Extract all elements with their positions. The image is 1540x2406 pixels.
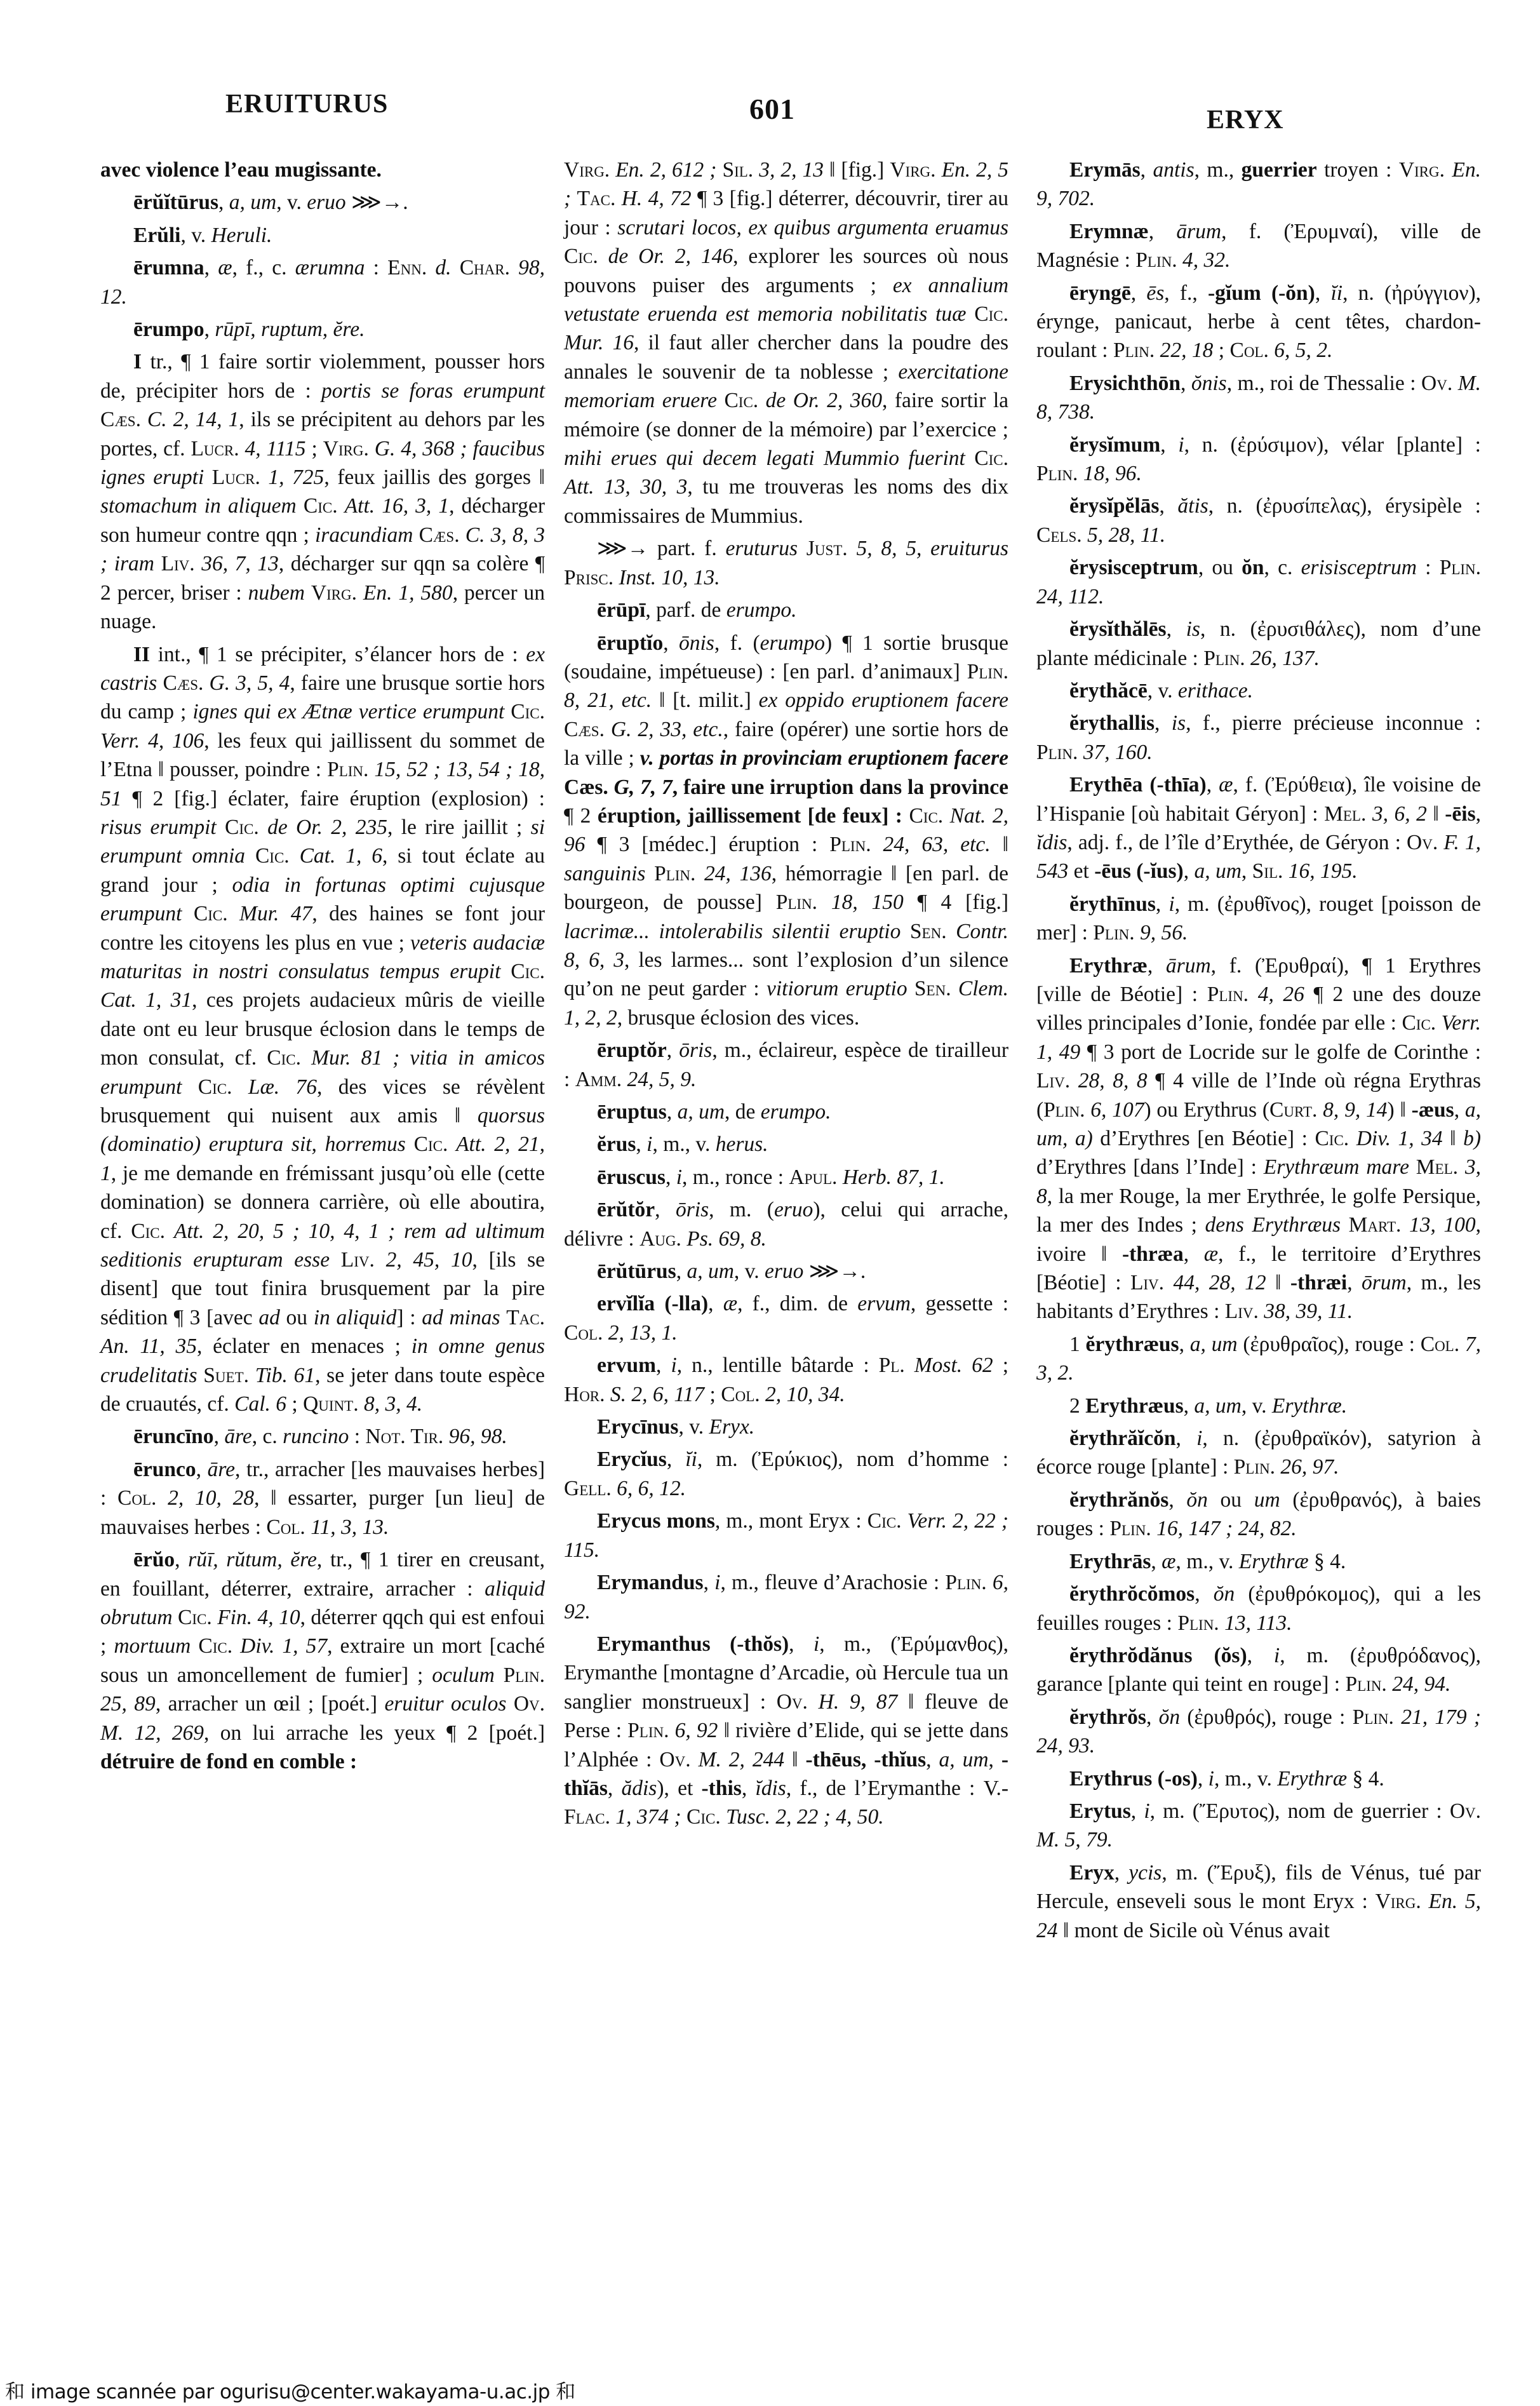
column-2: Virg. En. 2, 612 ; Sil. 3, 2, 13 ‖ [fig.… bbox=[564, 156, 1008, 1836]
dictionary-entry: ervum, i, n., lentille bâtarde : Pl. Mos… bbox=[564, 1351, 1008, 1409]
dictionary-entry: ĕrythallis, is, f., pierre précieuse inc… bbox=[1036, 709, 1481, 767]
dictionary-entry: ēruncīno, āre, c. runcino : Not. Tir. 96… bbox=[100, 1422, 545, 1451]
dictionary-entry: ĕrythrŏcŏmos, ŏn (ἐρυθρόκομος), qui a le… bbox=[1036, 1580, 1481, 1637]
dictionary-entry: ēruptus, a, um, de erumpo. bbox=[564, 1098, 1008, 1126]
dictionary-entry: ēruptŏr, ōris, m., éclaireur, espèce de … bbox=[564, 1036, 1008, 1094]
dictionary-entry: Erythræ, ārum, f. (Ἐρυθραί), ¶ 1 Erythre… bbox=[1036, 951, 1481, 1326]
dictionary-entry: Erythēa (-thīa), æ, f. (Ἐρύθεια), île vo… bbox=[1036, 770, 1481, 886]
dictionary-entry: Erycus mons, m., mont Eryx : Cic. Verr. … bbox=[564, 1507, 1008, 1564]
dictionary-entry: avec violence l’eau mugissante. bbox=[100, 156, 545, 184]
dictionary-entry: ĕrythăcē, v. erithace. bbox=[1036, 676, 1481, 705]
dictionary-entry: ⋙→ part. f. eruturus Just. 5, 8, 5, erui… bbox=[564, 534, 1008, 592]
dictionary-entry: ĕrythīnus, i, m. (ἐρυθῖνος), rouget [poi… bbox=[1036, 890, 1481, 948]
dictionary-entry: ĕrysisceptrum, ou ŏn, c. erisisceptrum :… bbox=[1036, 553, 1481, 611]
dictionary-entry: Erymās, antis, m., guerrier troyen : Vir… bbox=[1036, 156, 1481, 213]
dictionary-entry: Virg. En. 2, 612 ; Sil. 3, 2, 13 ‖ [fig.… bbox=[564, 156, 1008, 530]
page-number: 601 bbox=[749, 92, 795, 126]
dictionary-entry: ērumna, æ, f., c. ærumna : Enn. d. Char.… bbox=[100, 253, 545, 311]
dictionary-entry: Erymnæ, ārum, f. (Ἐρυμναί), ville de Mag… bbox=[1036, 217, 1481, 275]
dictionary-entry: Erymandus, i, m., fleuve d’Arachosie : P… bbox=[564, 1568, 1008, 1626]
dictionary-entry: ĕrysĭmum, i, n. (ἐρύσιμον), vélar [plant… bbox=[1036, 431, 1481, 488]
left-guide-word: ERUITURUS bbox=[225, 89, 388, 119]
dictionary-entry: 2 Erythræus, a, um, v. Erythræ. bbox=[1036, 1392, 1481, 1420]
dictionary-entry: ērŭo, rŭī, rŭtum, ĕre, tr., ¶ 1 tirer en… bbox=[100, 1545, 545, 1776]
page-header: ERUITURUS 601 ERYX bbox=[0, 89, 1540, 146]
column-3: Erymās, antis, m., guerrier troyen : Vir… bbox=[1036, 156, 1481, 1949]
dictionary-entry: ēruscus, i, m., ronce : Apul. Herb. 87, … bbox=[564, 1163, 1008, 1192]
column-1: avec violence l’eau mugissante.ērŭĭtūrus… bbox=[100, 156, 545, 1780]
dictionary-entry: I tr., ¶ 1 faire sortir violemment, pous… bbox=[100, 347, 545, 636]
dictionary-entry: ēruptĭo, ōnis, f. (erumpo) ¶ 1 sortie br… bbox=[564, 629, 1008, 1033]
dictionary-entry: ērumpo, rūpī, ruptum, ĕre. bbox=[100, 315, 545, 344]
dictionary-entry: Erytus, i, m. (Ἔρυτος), nom de guerrier … bbox=[1036, 1797, 1481, 1855]
dictionary-entry: Erythrās, æ, m., v. Erythræ § 4. bbox=[1036, 1547, 1481, 1576]
dictionary-entry: ĕrythrănŏs, ŏn ou um (ἐρυθρανός), à baie… bbox=[1036, 1486, 1481, 1543]
dictionary-entry: ērunco, āre, tr., arracher [les mauvaise… bbox=[100, 1455, 545, 1542]
dictionary-entry: ēryngē, ēs, f., -gĭum (-ŏn), ĭi, n. (ἠρύ… bbox=[1036, 279, 1481, 365]
dictionary-entry: Erycĭus, ĭi, m. (Ἐρύκιος), nom d’homme :… bbox=[564, 1445, 1008, 1503]
dictionary-entry: ĕrythrŏdănus (ŏs), i, m. (ἐρυθρόδανος), … bbox=[1036, 1641, 1481, 1699]
right-guide-word: ERYX bbox=[1207, 105, 1284, 135]
dictionary-entry: Eryx, ycis, m. (Ἔρυξ), fils de Vénus, tu… bbox=[1036, 1858, 1481, 1945]
dictionary-entry: Erysichthōn, ŏnis, m., roi de Thessalie … bbox=[1036, 369, 1481, 427]
dictionary-entry: Erŭli, v. Heruli. bbox=[100, 221, 545, 250]
dictionary-entry: ērŭtŏr, ōris, m. (eruo), celui qui arrac… bbox=[564, 1195, 1008, 1253]
scan-credit: 和 image scannée par ogurisu@center.wakay… bbox=[5, 2376, 575, 2404]
dictionary-entry: ervĭlĭa (-lla), æ, f., dim. de ervum, ge… bbox=[564, 1289, 1008, 1347]
dictionary-entry: 1 ĕrythræus, a, um (ἐρυθραῖος), rouge : … bbox=[1036, 1330, 1481, 1388]
dictionary-entry: ĕrysĭpĕlās, ătis, n. (ἐρυσίπελας), érysi… bbox=[1036, 492, 1481, 549]
dictionary-entry: Erymanthus (-thŏs), i, m., (Ἐρύμανθος), … bbox=[564, 1630, 1008, 1832]
dictionary-entry: ĕrythrăĭcŏn, i, n. (ἐρυθραϊκόν), satyrio… bbox=[1036, 1424, 1481, 1482]
dictionary-entry: ĕrus, i, m., v. herus. bbox=[564, 1130, 1008, 1159]
dictionary-entry: II int., ¶ 1 se précipiter, s’élancer ho… bbox=[100, 640, 545, 1419]
dictionary-entry: Erycīnus, v. Eryx. bbox=[564, 1413, 1008, 1441]
dictionary-entry: ērŭtūrus, a, um, v. eruo ⋙→. bbox=[564, 1257, 1008, 1286]
dictionary-entry: ērŭĭtūrus, a, um, v. eruo ⋙→. bbox=[100, 188, 545, 217]
dictionary-entry: ĕrysĭthălēs, is, n. (ἐρυσιθάλες), nom d’… bbox=[1036, 615, 1481, 673]
dictionary-entry: ērūpī, parf. de erumpo. bbox=[564, 596, 1008, 624]
dictionary-entry: ĕrythrŏs, ŏn (ἐρυθρός), rouge : Plin. 21… bbox=[1036, 1703, 1481, 1761]
dictionary-entry: Erythrus (-os), i, m., v. Erythræ § 4. bbox=[1036, 1764, 1481, 1793]
